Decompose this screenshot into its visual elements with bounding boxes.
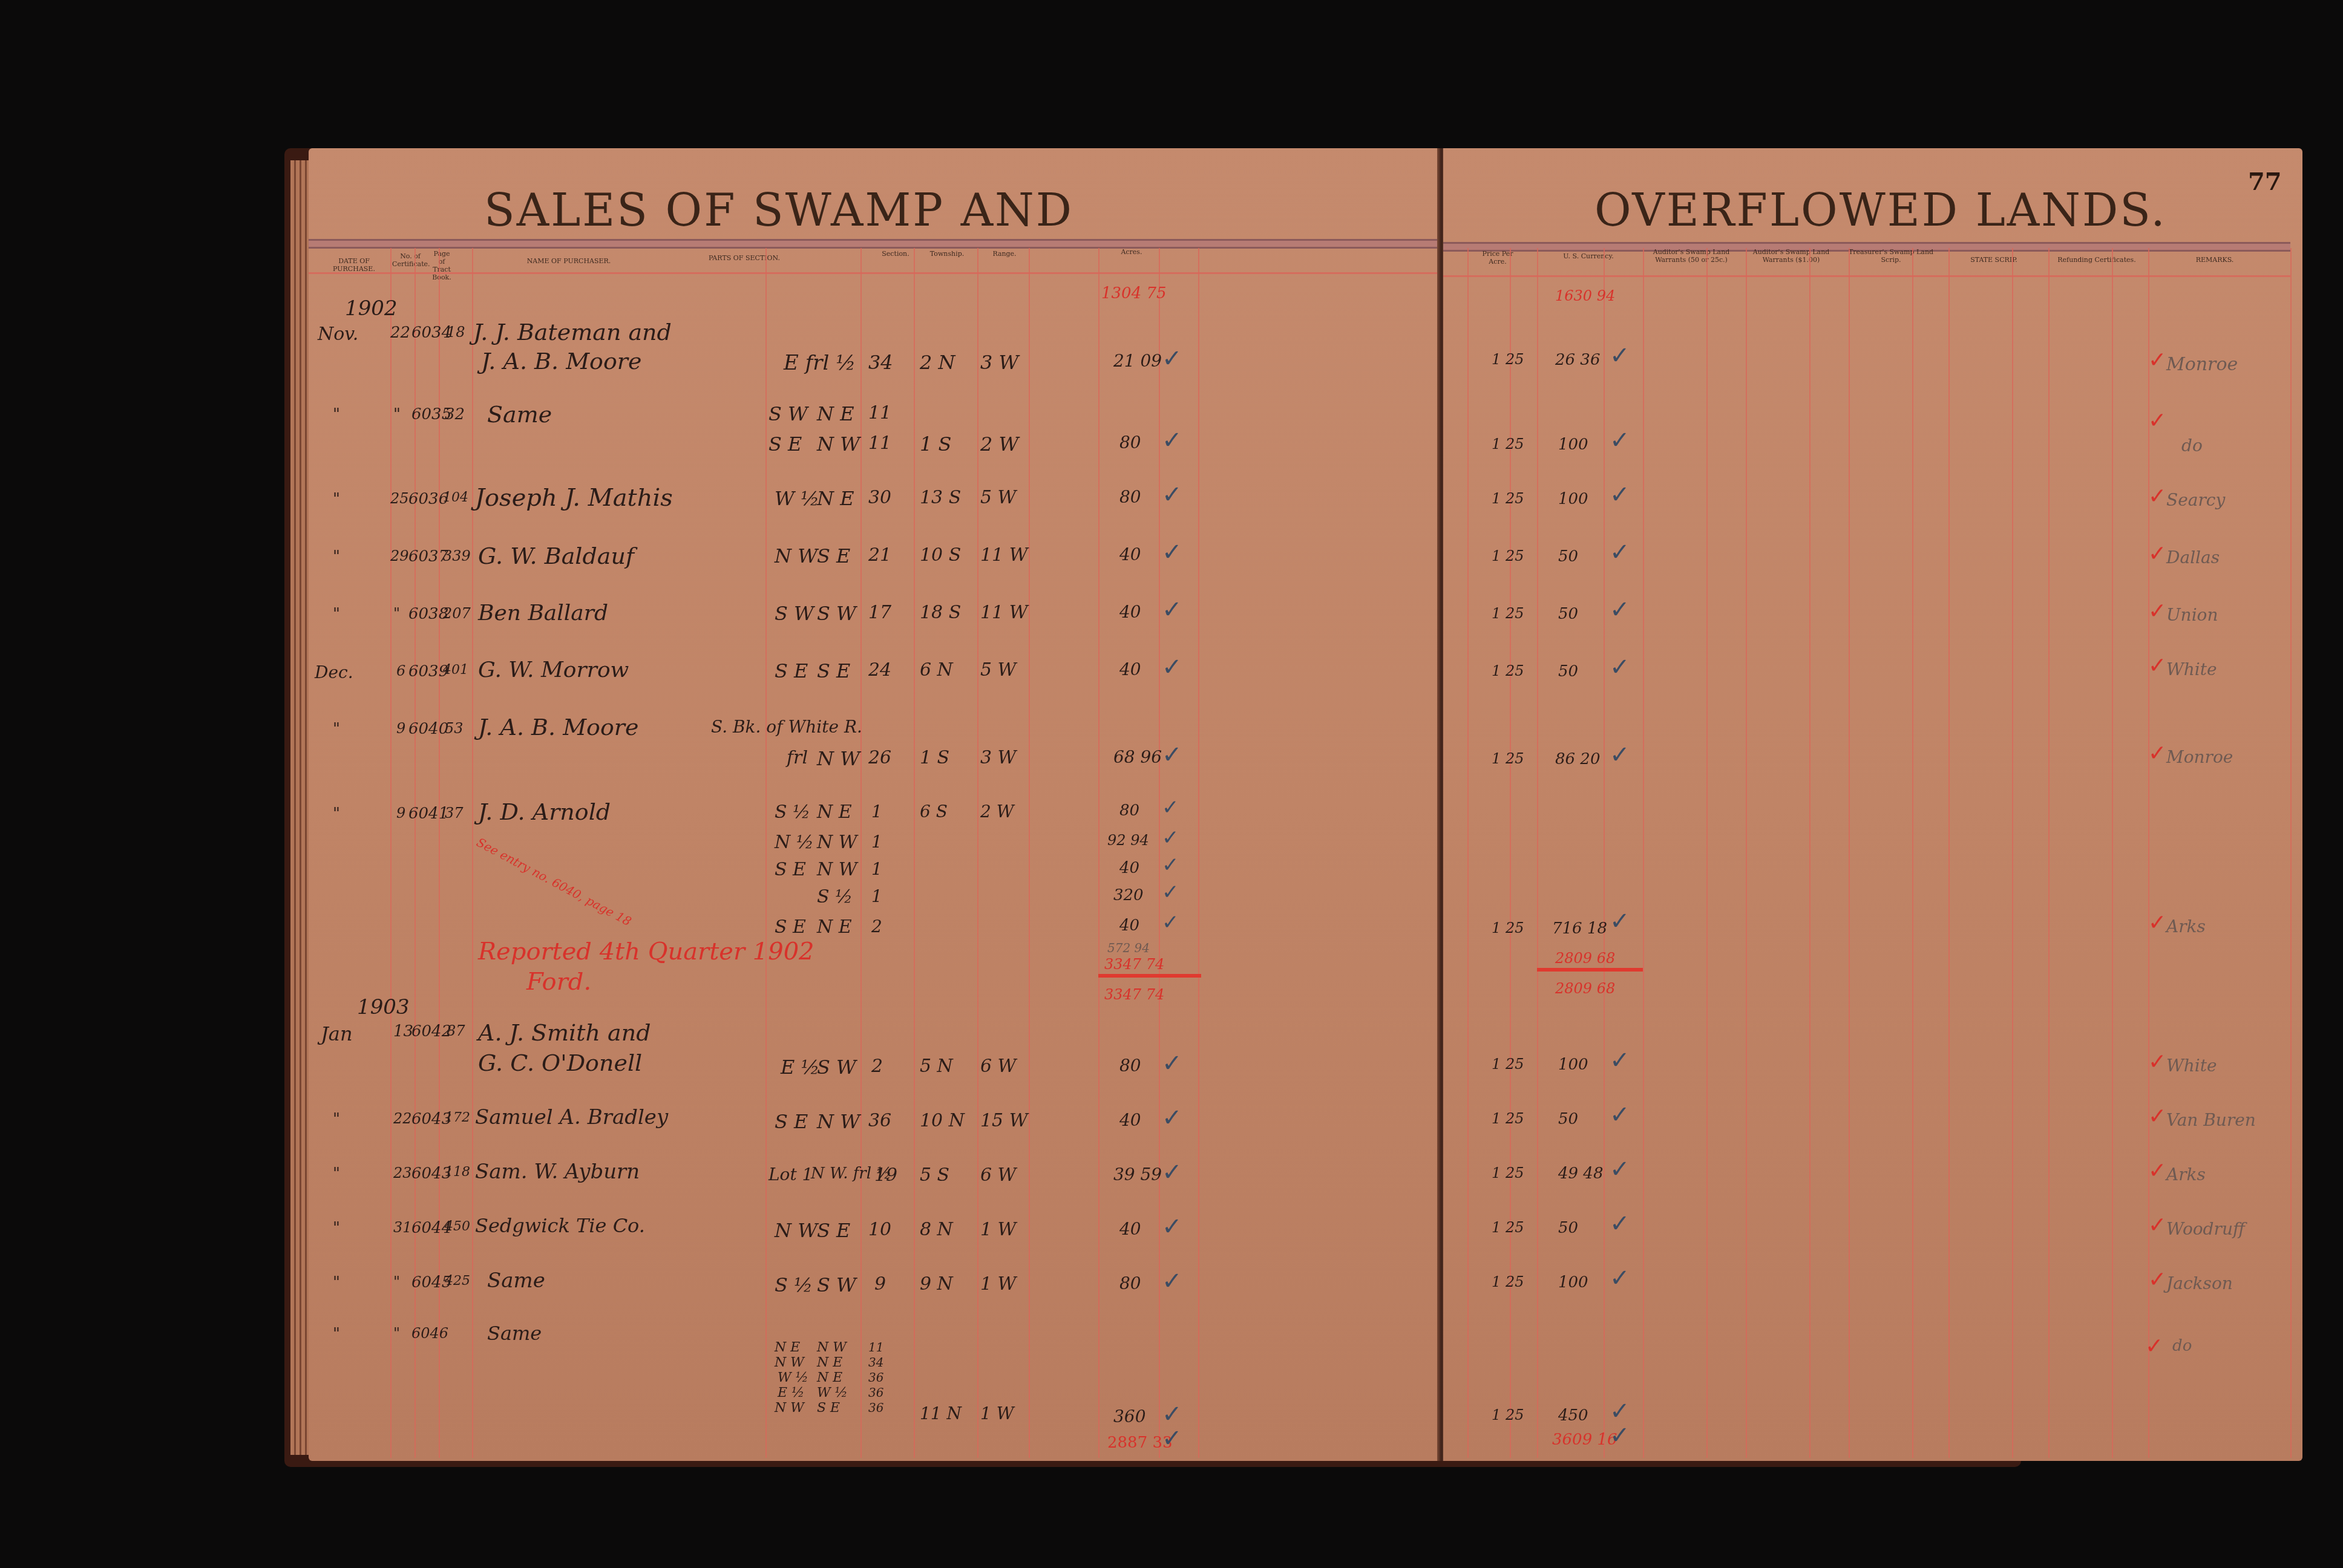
page-currency-total: 3609 16	[1552, 1431, 1617, 1449]
entry-section: 26	[868, 747, 891, 768]
entry-acres: 40	[1119, 544, 1141, 564]
entry-quarter: N W	[817, 1110, 860, 1133]
col-header-price: Price Per Acre.	[1473, 250, 1522, 266]
entry-township: 10 S	[920, 544, 961, 566]
col-header-parts: PARTS OF SECTION.	[672, 254, 817, 262]
entry-quarter: N E	[817, 802, 852, 823]
rule	[1537, 248, 1538, 1458]
entry-section: 36	[868, 1110, 891, 1131]
entry-quarter: S ½	[817, 886, 853, 907]
entry-price: 1 25	[1492, 1219, 1524, 1236]
col-header-acres: Acres.	[1071, 248, 1192, 256]
entry-month: Dec.	[315, 662, 353, 682]
col-header-remarks: REMARKS.	[2148, 256, 2281, 264]
entry-township: 9 N	[920, 1273, 953, 1295]
quarter-report-signature: Ford.	[526, 968, 591, 996]
entry-remarks: do	[2172, 1337, 2192, 1355]
check-icon: ✓	[1610, 1422, 1630, 1449]
entry-page: 87	[447, 1022, 465, 1039]
entry-remarks: Jackson	[2166, 1273, 2233, 1293]
rule	[914, 248, 915, 1458]
entry-month: "	[333, 1273, 340, 1292]
entry-section: 1	[871, 859, 882, 879]
entry-township: 1 S	[920, 433, 951, 456]
title-left: SALES OF SWAMP AND	[484, 185, 1073, 237]
col-header-name: NAME OF PURCHASER.	[460, 257, 678, 265]
entry-quarter: S W	[817, 1273, 856, 1296]
entry-range: 2 W	[980, 433, 1018, 456]
entry-range: 5 W	[980, 659, 1016, 681]
entry-price: 1 25	[1492, 1406, 1524, 1423]
entry-parts: N W	[775, 1219, 818, 1242]
entry-price: 1 25	[1492, 1273, 1524, 1290]
entry-month: "	[333, 1325, 340, 1343]
entry-price: 1 25	[1492, 920, 1524, 936]
col-header-page: Page of Tract Book.	[430, 250, 454, 281]
entry-remarks: Dallas	[2166, 547, 2220, 567]
col-header-auditor-100: Auditor's Swamp Land Warrants ($1.00)	[1746, 248, 1837, 264]
entry-day: "	[393, 605, 400, 622]
entry-day: 22	[390, 324, 410, 342]
entry-section: 21	[868, 544, 891, 566]
check-icon: ✓	[1610, 1047, 1630, 1074]
check-icon: ✓	[1610, 1264, 1630, 1292]
entry-remarks: Woodruff	[2166, 1219, 2245, 1239]
entry-township: 13 S	[920, 487, 961, 508]
col-header-cert: No. of Certificate.	[392, 252, 428, 268]
col-header-township: Township.	[920, 250, 974, 258]
entry-parts: S E	[775, 659, 808, 682]
entry-acres: 80	[1119, 1273, 1141, 1293]
check-icon: ✓	[1162, 826, 1179, 850]
entry-month: "	[333, 605, 340, 623]
entry-remarks: Union	[2166, 605, 2218, 625]
entry-quarter: N W	[817, 832, 857, 853]
entry-acres: 40	[1119, 1110, 1141, 1130]
entry-name: Same	[487, 1322, 542, 1345]
entry-range: 2 W	[980, 802, 1014, 822]
col-header-section: Section.	[874, 250, 917, 258]
entry-parts: S W	[768, 402, 808, 425]
rule	[1467, 248, 1469, 1458]
entry-name: J. A. B. Moore	[478, 714, 638, 740]
entry-section: 2	[871, 1056, 883, 1077]
entry-day: "	[393, 1273, 400, 1290]
entry-name: J. D. Arnold	[478, 799, 611, 825]
entry-range: 15 W	[980, 1110, 1028, 1131]
entry-quarter: S E	[817, 1400, 840, 1416]
entry-month: Jan	[321, 1022, 353, 1045]
check-icon: ✓	[1162, 1425, 1182, 1452]
red-check-icon: ✓	[2148, 653, 2166, 678]
entry-name: Sedgwick Tie Co.	[475, 1214, 645, 1237]
total-red-rule	[1098, 974, 1201, 978]
entry-day: 25	[390, 490, 409, 507]
entry-acres: 40	[1119, 916, 1139, 935]
acres-carried: 3347 74	[1104, 986, 1164, 1003]
entry-name: Joseph J. Mathis	[475, 484, 673, 512]
entry-parts: W ½	[775, 487, 819, 510]
check-icon: ✓	[1162, 910, 1179, 935]
entry-range: 6 W	[980, 1165, 1016, 1186]
check-icon: ✓	[1610, 481, 1630, 509]
entry-currency: 86 20	[1555, 750, 1600, 768]
entry-parts: S E	[775, 859, 806, 880]
check-icon: ✓	[1162, 345, 1182, 373]
cross-reference-note: See entry no. 6040, page 18	[474, 835, 634, 929]
red-check-icon: ✓	[2148, 408, 2166, 433]
rule	[1198, 248, 1199, 1458]
entry-currency: 49 48	[1558, 1165, 1603, 1183]
entry-acres: 39 59	[1113, 1165, 1162, 1184]
entry-parts: E frl ½	[784, 351, 856, 375]
entry-acres: 40	[1119, 602, 1141, 622]
entry-day: "	[393, 405, 401, 423]
entry-parts: S. Bk. of White R.	[711, 717, 862, 737]
rule	[390, 248, 392, 1458]
rule	[1948, 248, 1950, 1458]
entry-price: 1 25	[1492, 1110, 1524, 1127]
check-icon: ✓	[1162, 1104, 1182, 1132]
entry-cert: 6040	[408, 720, 448, 738]
entry-acres: 360	[1113, 1406, 1145, 1426]
entry-quarter: S W	[817, 1056, 856, 1079]
entry-acres: 68 96	[1113, 747, 1162, 767]
entry-price: 1 25	[1492, 490, 1524, 507]
entry-name: Ben Ballard	[478, 601, 608, 626]
entry-price: 1 25	[1492, 1165, 1524, 1181]
entry-remarks: White	[2166, 659, 2217, 679]
entry-quarter: N W	[817, 433, 860, 456]
check-icon: ✓	[1162, 741, 1182, 769]
check-icon: ✓	[1162, 795, 1179, 820]
entry-price: 1 25	[1492, 662, 1524, 679]
red-check-icon: ✓	[2148, 1213, 2166, 1238]
entry-page: 450	[445, 1219, 470, 1234]
rule	[977, 248, 978, 1458]
entry-acres: 320	[1113, 886, 1144, 904]
entry-section: 34	[868, 1355, 883, 1370]
entry-day: 13	[393, 1022, 413, 1040]
entry-month: Nov.	[318, 324, 358, 345]
rule	[1912, 248, 1913, 1458]
check-icon: ✓	[1162, 596, 1182, 624]
entry-acres: 92 94	[1107, 832, 1149, 849]
entry-quarter: S E	[817, 659, 850, 682]
red-check-icon: ✓	[2148, 541, 2166, 566]
check-icon: ✓	[1162, 653, 1182, 681]
entry-parts: N W	[775, 544, 818, 567]
check-icon: ✓	[1162, 853, 1179, 877]
entry-page: 53	[445, 720, 464, 737]
quarter-currency-total: 2809 68	[1555, 950, 1615, 967]
entry-acres: 80	[1119, 802, 1139, 820]
entry-acres: 40	[1119, 659, 1141, 679]
entry-township: 1 S	[920, 747, 949, 768]
rule	[1643, 248, 1644, 1458]
entry-price: 1 25	[1492, 436, 1524, 452]
entry-parts: S E	[775, 1110, 808, 1133]
check-icon: ✓	[1162, 880, 1179, 904]
check-icon: ✓	[1610, 907, 1630, 935]
red-check-icon: ✓	[2148, 348, 2166, 373]
acres-pencil-subtotal: 572 94	[1107, 941, 1150, 955]
check-icon: ✓	[1610, 342, 1630, 370]
check-icon: ✓	[1610, 426, 1630, 454]
entry-parts: N W	[775, 1355, 804, 1370]
quarter-report-note: Reported 4th Quarter 1902	[478, 938, 814, 965]
entry-parts: N ½	[775, 832, 814, 853]
red-check-icon: ✓	[2148, 484, 2166, 509]
entry-section: 11	[868, 402, 891, 423]
rule	[1604, 248, 1605, 1458]
entry-range: 1 W	[980, 1219, 1016, 1240]
entry-township: 6 N	[920, 659, 953, 681]
entry-acres: 80	[1119, 1056, 1141, 1076]
entry-section: 10	[868, 1219, 891, 1240]
check-icon: ✓	[1610, 741, 1630, 769]
check-icon: ✓	[1162, 426, 1182, 454]
entry-township: 6 S	[920, 802, 948, 822]
red-check-icon: ✓	[2148, 910, 2166, 935]
entry-remarks: Monroe	[2166, 747, 2233, 767]
entry-remarks: Arks	[2166, 916, 2206, 936]
entry-day: 23	[393, 1165, 412, 1181]
entry-price: 1 25	[1492, 1056, 1524, 1073]
entry-cert: 6046	[411, 1325, 448, 1342]
entry-township: 8 N	[920, 1219, 953, 1240]
entry-township: 18 S	[920, 602, 961, 623]
entry-parts: Lot 1	[768, 1165, 813, 1184]
entry-name: Same	[487, 401, 552, 428]
entry-township: 5 S	[920, 1165, 949, 1186]
entry-acres: 80	[1119, 433, 1141, 452]
entry-range: 5 W	[980, 487, 1016, 508]
check-icon: ✓	[1610, 538, 1630, 566]
entry-page: 37	[445, 805, 464, 822]
entry-quarter: N E	[817, 487, 854, 510]
entry-name: A. J. Smith and	[478, 1019, 651, 1046]
entry-month: "	[333, 805, 340, 823]
entry-month: "	[333, 1165, 340, 1183]
entry-page: 401	[443, 662, 468, 678]
entry-section: 1	[871, 802, 882, 822]
col-header-refunding: Refunding Certificates.	[2048, 256, 2145, 264]
entry-page: 32	[445, 405, 465, 423]
entry-acres: 40	[1119, 859, 1139, 877]
entry-section: 9	[874, 1273, 886, 1295]
entry-price: 1 25	[1492, 351, 1524, 368]
entry-quarter: N W	[817, 859, 857, 880]
entry-month: "	[333, 490, 340, 508]
entry-township: 10 N	[920, 1110, 965, 1131]
entry-quarter: S E	[817, 1219, 850, 1242]
entry-quarter: N E	[817, 1355, 842, 1370]
entry-section: 36	[868, 1400, 883, 1415]
entry-name: G. W. Baldauf	[478, 543, 634, 569]
entry-currency: 50	[1558, 1110, 1578, 1128]
col-header-treasurer: Treasurer's Swamp Land Scrip.	[1846, 248, 1936, 264]
entry-month: "	[333, 547, 340, 566]
check-icon: ✓	[1162, 1267, 1182, 1295]
entry-parts: W ½	[778, 1370, 808, 1385]
entry-month: "	[333, 1110, 340, 1128]
col-header-date: DATE OF PURCHASE.	[321, 257, 387, 273]
entry-day: "	[393, 1325, 400, 1342]
entry-remarks: Searcy	[2166, 490, 2225, 510]
entry-section: 34	[868, 351, 893, 374]
entry-section: 36	[868, 1370, 883, 1385]
right-page: OVERFLOWED LANDS. 77 Price Per Acre. U. …	[1443, 148, 2302, 1461]
rule	[2048, 248, 2050, 1458]
entry-quarter: W ½	[817, 1385, 848, 1400]
entry-name: J. J. Bateman and	[473, 319, 672, 345]
entry-currency: 50	[1558, 662, 1578, 681]
entry-remarks: do	[2181, 436, 2203, 456]
red-check-icon: ✓	[2145, 1334, 2163, 1359]
entry-remarks: Arks	[2166, 1165, 2206, 1184]
title-right: OVERFLOWED LANDS.	[1594, 185, 2167, 237]
check-icon: ✓	[1610, 1210, 1630, 1238]
entry-name: G. C. O'Donell	[478, 1050, 642, 1076]
check-icon: ✓	[1610, 596, 1630, 624]
entry-township: 11 N	[920, 1403, 962, 1423]
rule	[2012, 248, 2013, 1458]
rule	[1849, 248, 1850, 1458]
entry-currency: 50	[1558, 605, 1578, 623]
rule	[2290, 248, 2292, 1458]
rule	[1029, 248, 1030, 1458]
entry-cert: 6042	[411, 1022, 451, 1040]
entry-parts: N E	[775, 1340, 800, 1355]
entry-currency: 100	[1558, 436, 1588, 454]
entry-parts: S ½	[775, 1273, 813, 1296]
entry-page: 18	[447, 324, 465, 341]
entry-parts: S ½	[775, 802, 810, 823]
entry-name: Sam. W. Ayburn	[475, 1160, 640, 1184]
entry-cert: 6041	[408, 805, 448, 823]
entry-parts: S E	[768, 433, 802, 456]
entry-range: 6 W	[980, 1056, 1016, 1077]
entry-name: Samuel A. Bradley	[475, 1105, 668, 1129]
entry-page: 172	[445, 1110, 470, 1125]
entry-currency: 100	[1558, 1273, 1588, 1292]
entry-parts: N W	[775, 1400, 804, 1416]
entry-page: 339	[443, 547, 471, 564]
page-number: 77	[2248, 168, 2282, 196]
entry-month: "	[333, 720, 340, 738]
entry-currency: 26 36	[1555, 351, 1600, 369]
rule	[1809, 248, 1810, 1458]
col-header-state-scrip: STATE SCRIP.	[1948, 256, 2039, 264]
entry-township: 5 N	[920, 1056, 953, 1077]
left-page: SALES OF SWAMP AND DATE OF PURCHASE. No.…	[309, 148, 1443, 1461]
entry-day: 9	[396, 805, 405, 822]
entry-acres: 80	[1119, 487, 1141, 507]
entry-acres: 40	[1119, 1219, 1141, 1239]
entry-range: 1 W	[980, 1273, 1016, 1295]
entry-price: 1 25	[1492, 750, 1524, 767]
currency-carried: 2809 68	[1555, 980, 1615, 997]
entry-day: 6	[396, 662, 405, 679]
entry-day: 9	[396, 720, 405, 737]
check-icon: ✓	[1610, 1155, 1630, 1183]
entry-section: 19	[874, 1165, 897, 1186]
check-icon: ✓	[1162, 481, 1182, 509]
rule	[472, 248, 473, 1458]
entry-page: 207	[443, 605, 471, 622]
header-rule	[1443, 275, 2290, 277]
check-icon: ✓	[1610, 1101, 1630, 1129]
entry-price: 1 25	[1492, 547, 1524, 564]
entry-quarter: N W	[817, 1340, 847, 1355]
entry-currency: 50	[1558, 547, 1578, 566]
rule	[1159, 248, 1160, 1458]
rule	[2112, 248, 2113, 1458]
quarter-acres-total: 3347 74	[1104, 956, 1164, 973]
col-header-auditor-50: Auditor's Swamp Land Warrants (50 or 25c…	[1646, 248, 1737, 264]
entry-currency: 716 18	[1552, 920, 1607, 938]
entry-month: "	[333, 405, 340, 423]
entry-range: 3 W	[980, 747, 1016, 768]
entry-remarks: Van Buren	[2166, 1110, 2256, 1130]
entry-day: 29	[390, 547, 409, 564]
entry-cert: 6034	[411, 324, 451, 342]
check-icon: ✓	[1162, 1158, 1182, 1186]
rule	[765, 248, 767, 1458]
entry-currency: 100	[1558, 490, 1588, 508]
entry-acres: 21 09	[1113, 351, 1162, 371]
entry-quarter: N E	[817, 1370, 842, 1385]
entry-section: 24	[868, 659, 891, 681]
entry-section: 2	[871, 916, 882, 936]
entry-quarter: N E	[817, 916, 852, 938]
entry-month: "	[333, 1219, 340, 1237]
total-red-rule	[1537, 968, 1643, 972]
entry-section: 1	[871, 886, 882, 906]
entry-page: 425	[445, 1273, 470, 1289]
header-rule	[309, 272, 1443, 274]
entry-remarks: White	[2166, 1056, 2217, 1076]
rule	[1746, 248, 1747, 1458]
entry-day: 31	[393, 1219, 412, 1236]
entry-price: 1 25	[1492, 605, 1524, 622]
entry-quarter: N W	[817, 747, 860, 770]
entry-parts: E ½	[781, 1056, 820, 1079]
entry-quarter: S E	[817, 544, 850, 567]
entry-section: 11	[868, 433, 891, 454]
entry-range: 11 W	[980, 544, 1028, 566]
red-check-icon: ✓	[2148, 741, 2166, 766]
year-1903: 1903	[357, 995, 410, 1019]
entry-township: 2 N	[920, 351, 955, 374]
entry-parts: S W	[775, 602, 814, 625]
check-icon: ✓	[1162, 538, 1182, 566]
rule	[1098, 248, 1099, 1458]
entry-parts: E ½	[778, 1385, 804, 1400]
entry-currency: 450	[1558, 1406, 1588, 1425]
entry-section: 30	[868, 487, 891, 508]
acres-carried-forward: 1304 75	[1101, 284, 1167, 302]
entry-name: G. W. Morrow	[478, 658, 629, 682]
header-band	[309, 239, 1443, 249]
entry-name: Same	[487, 1269, 545, 1293]
entry-page: 118	[445, 1165, 470, 1180]
red-check-icon: ✓	[2148, 1104, 2166, 1129]
rule	[1706, 248, 1708, 1458]
rule	[860, 248, 862, 1458]
entry-section: 11	[868, 1340, 883, 1354]
